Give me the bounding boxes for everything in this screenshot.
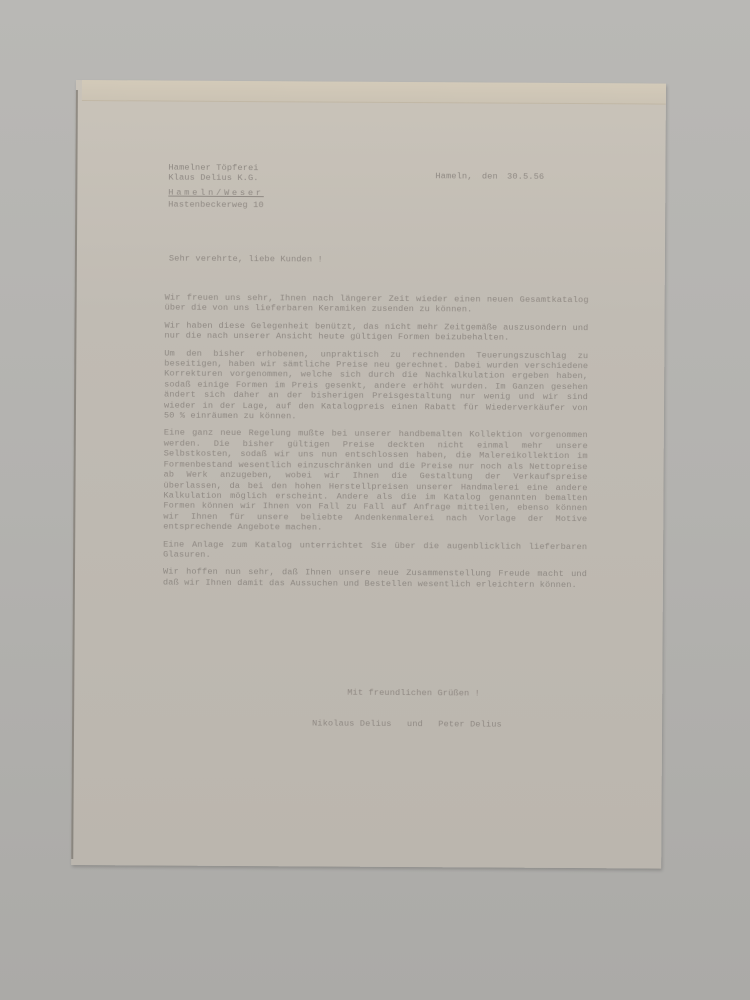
signatory: Nikolaus Delius xyxy=(312,718,392,728)
letter-sheet: Hamelner Töpferei Klaus Delius K.G. Hame… xyxy=(71,80,666,869)
paragraph: Um den bisher erhobenen, unpraktisch zu … xyxy=(164,348,588,423)
typewritten-letter: Hamelner Töpferei Klaus Delius K.G. Hame… xyxy=(71,80,666,869)
sender-street: Hastenbeckerweg 10 xyxy=(168,200,264,211)
paragraph: Eine Anlage zum Katalog unterrichtet Sie… xyxy=(163,539,587,562)
sender-company: Hamelner Töpferei xyxy=(168,163,264,174)
sender-address: Hamelner Töpferei Klaus Delius K.G. Hame… xyxy=(168,163,264,211)
letter-body: Wir freuen uns sehr, Ihnen nach längerer… xyxy=(163,293,589,598)
letter-date: Hameln, den 30.5.56 xyxy=(435,171,544,182)
signatures: Nikolaus Delius und Peter Delius xyxy=(312,718,512,730)
conjunction: und xyxy=(407,719,423,729)
sender-owner: Klaus Delius K.G. xyxy=(168,173,264,184)
sender-city: Hameln/Weser xyxy=(168,187,264,198)
signatory: Peter Delius xyxy=(438,719,502,729)
paragraph: Wir haben diese Gelegenheit benützt, das… xyxy=(164,320,588,343)
paragraph: Wir hoffen nun sehr, daß Ihnen unsere ne… xyxy=(163,567,587,590)
paragraph: Eine ganz neue Regelung mußte bei unsere… xyxy=(163,428,588,535)
paragraph: Wir freuen uns sehr, Ihnen nach längerer… xyxy=(165,293,589,316)
closing: Mit freundlichen Grüßen ! xyxy=(347,688,480,699)
salutation: Sehr verehrte, liebe Kunden ! xyxy=(169,254,323,265)
